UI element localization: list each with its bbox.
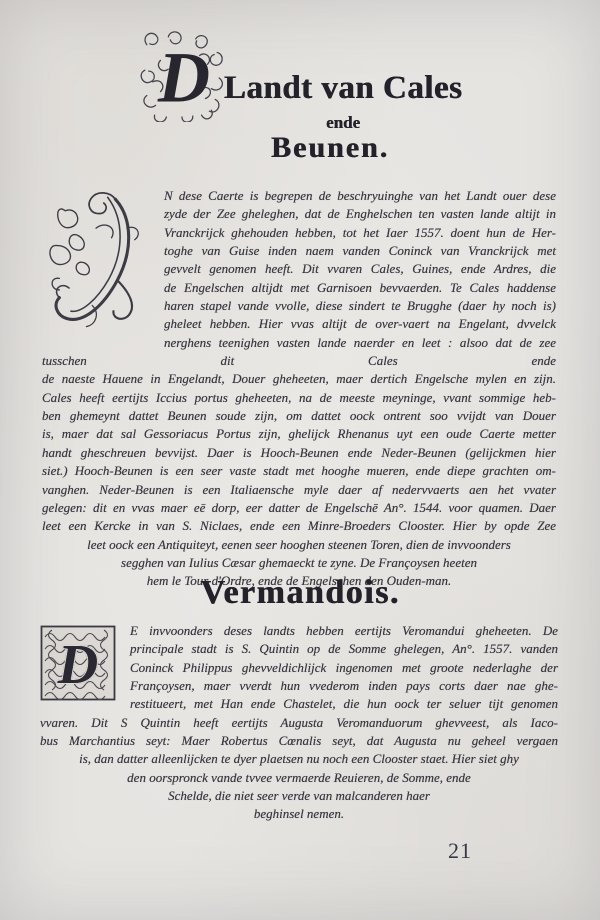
text-line: leet oock een Antiquiteyt, eenen seer ho… <box>42 536 556 554</box>
text-line: Coninck Philippus ghevveldichlijck ingen… <box>40 659 558 677</box>
calligraphic-initial-i-icon <box>42 187 154 334</box>
section-heading-vermandois: Vermandois. <box>0 574 600 612</box>
text-line: siet.) Hooch-Beunen is een seer vaste st… <box>42 462 556 480</box>
text-line: handt gheschreuen bevvijst. Daer is Hooc… <box>42 444 556 462</box>
text-line: beghinsel nemen. <box>40 805 558 823</box>
text-line: Françoysen, maer vverdt hun vvederom ind… <box>40 677 558 695</box>
paragraph-cales-beunen: N dese Caerte is begrepen de beschryuing… <box>42 187 556 591</box>
text-line: segghen van Iulius Cæsar ghemaeckt te zy… <box>42 554 556 572</box>
paragraph-vermandois: D E invvoonders deses landts hebben eert… <box>40 622 558 824</box>
text-line: gelegen: dit en vvas maer eē dorp, eer d… <box>42 499 556 517</box>
ornate-initial-d-icon: D <box>139 30 225 122</box>
text-line: leet een Kercke in van S. Niclaes, ende … <box>42 517 556 535</box>
page-title-line2: ende <box>218 113 468 133</box>
text-line: Schelde, die niet seer verde van malcand… <box>40 787 558 805</box>
text-line: E invvoonders deses landts hebben eertij… <box>40 622 558 640</box>
text-line: ben ghemeynt dattet Beunen soude zijn, o… <box>42 407 556 425</box>
book-page: D Landt van Cales ende Beunen. N dese <box>0 0 600 920</box>
page-number: 21 <box>448 838 472 864</box>
text-line: vvaren. Dit S Quintin heeft eertijts Aug… <box>40 714 558 732</box>
text-line: nerghens teenighen vasten lande naerder … <box>42 334 556 371</box>
woodcut-initial-d-icon: D <box>40 625 116 701</box>
section2-initial-letter: D <box>57 634 98 696</box>
text-line: den oorspronck vande tvvee vermaerde Reu… <box>40 769 558 787</box>
text-line: restitueert, met Han ende Chastelet, die… <box>40 695 558 713</box>
text-line: de naeste Hauene in Engelandt, Douer ghe… <box>42 370 556 388</box>
text-line: principale stadt is S. Quintin op de Som… <box>40 640 558 658</box>
page-title-line1: Landt van Cales <box>218 70 468 107</box>
text-line: Cales heeft eertijts Iccius portus ghehe… <box>42 389 556 407</box>
text-line: bus Marchantius seyt: Maer Robertus Cœna… <box>40 732 558 750</box>
text-line: is, dan datter alleenlijcken te dyer pla… <box>40 750 558 768</box>
text-line: vanghen. Neder-Beunen is een Italiaensch… <box>42 481 556 499</box>
text-line: is, maer dat sal Gessoriacus Portus zijn… <box>42 425 556 443</box>
page-title-line3: Beunen. <box>205 131 455 165</box>
title-initial-letter: D <box>157 37 210 117</box>
